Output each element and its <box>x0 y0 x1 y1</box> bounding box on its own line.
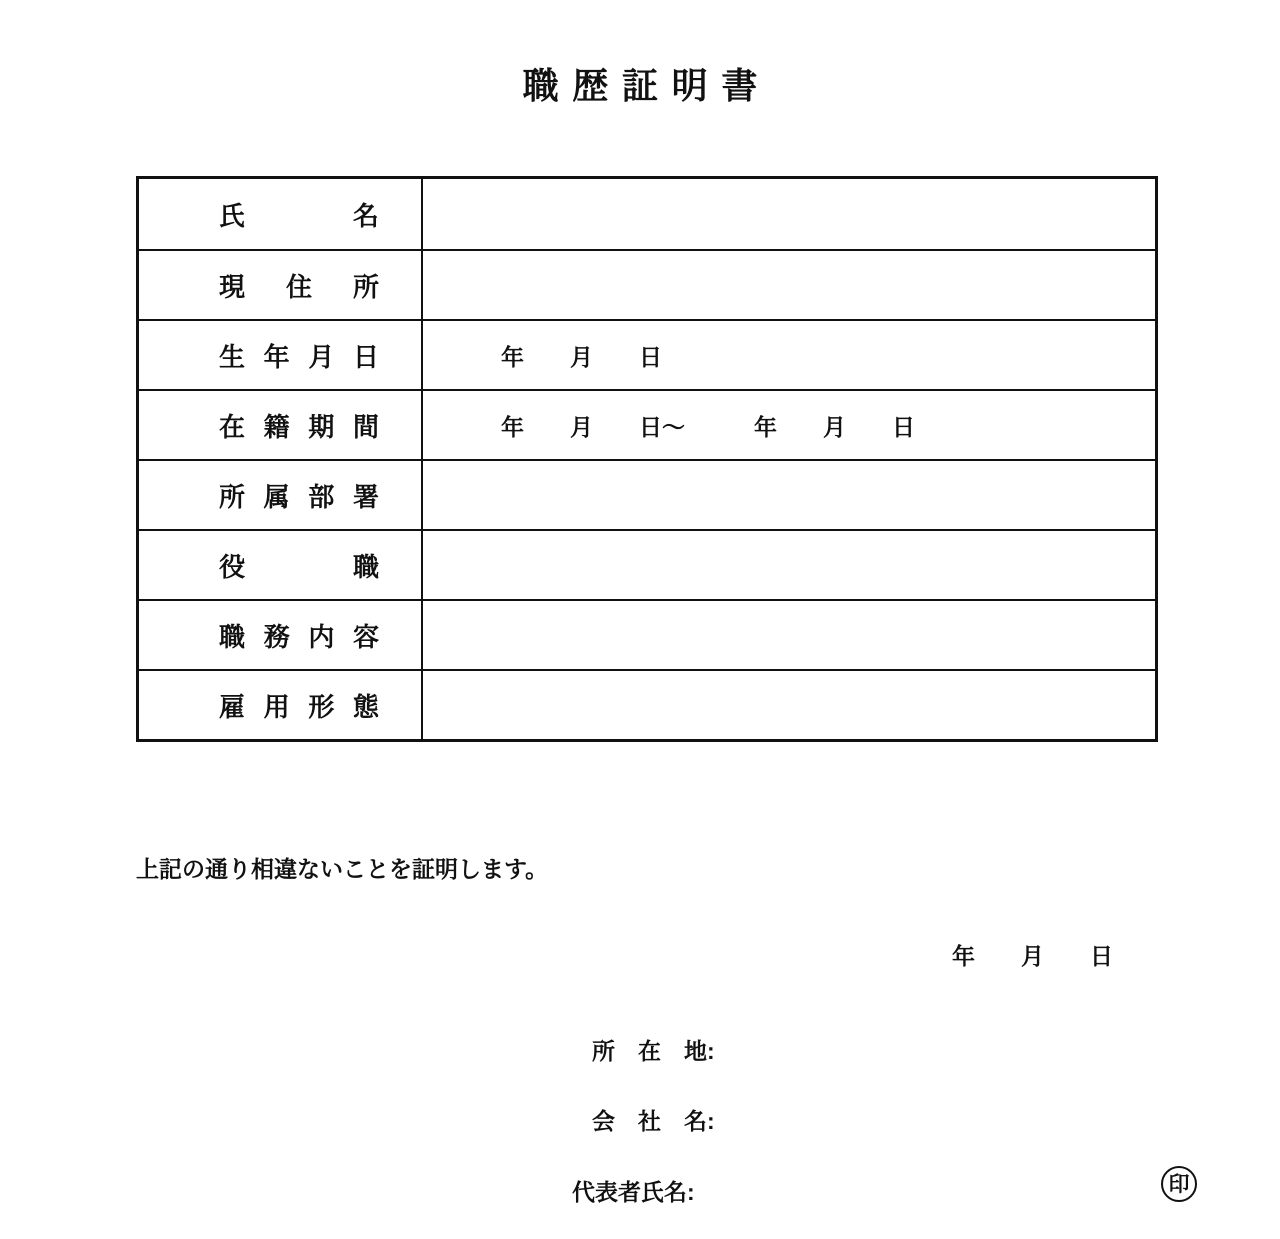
row-label-cell: 職務内容 <box>139 601 423 669</box>
certification-statement: 上記の通り相違ないことを証明します。 <box>136 851 548 884</box>
issue-date-line: 年 月 日 <box>952 938 1113 971</box>
row-label: 現住所 <box>219 267 379 304</box>
document-page: 職歴証明書 氏名 現住所 生年月日 年 月 日 在籍期間 年 月 日～ 年 月 … <box>0 0 1280 1239</box>
row-label: 雇用形態 <box>219 687 379 724</box>
table-row-address: 現住所 <box>139 249 1155 319</box>
table-row-position: 役職 <box>139 529 1155 599</box>
row-label-cell: 役職 <box>139 531 423 599</box>
table-row-employment-period: 在籍期間 年 月 日～ 年 月 日 <box>139 389 1155 459</box>
row-label: 所属部署 <box>219 477 379 514</box>
row-label-cell: 現住所 <box>139 251 423 319</box>
row-value-cell <box>423 531 1155 599</box>
row-label: 氏名 <box>219 196 379 233</box>
row-label: 在籍期間 <box>219 407 379 444</box>
row-label-cell: 氏名 <box>139 179 423 249</box>
table-row-name: 氏名 <box>139 179 1155 249</box>
row-value-cell: 年 月 日～ 年 月 日 <box>423 391 1155 459</box>
document-title: 職歴証明書 <box>0 58 1280 109</box>
row-value-cell <box>423 461 1155 529</box>
row-label-cell: 所属部署 <box>139 461 423 529</box>
seal-character: 印 <box>1169 1174 1190 1195</box>
issuer-location-label: 所 在 地: <box>592 1033 715 1066</box>
seal-icon: 印 <box>1161 1166 1197 1202</box>
row-value-cell: 年 月 日 <box>423 321 1155 389</box>
issuer-representative-label: 代表者氏名: <box>572 1174 695 1207</box>
table-row-employment-type: 雇用形態 <box>139 669 1155 739</box>
certificate-table: 氏名 現住所 生年月日 年 月 日 在籍期間 年 月 日～ 年 月 日 所属部署… <box>136 176 1158 742</box>
row-label-cell: 雇用形態 <box>139 671 423 739</box>
row-label: 役職 <box>219 547 379 584</box>
issuer-company-label: 会 社 名: <box>592 1103 715 1136</box>
row-value-cell <box>423 601 1155 669</box>
row-value-cell <box>423 671 1155 739</box>
row-label: 生年月日 <box>219 337 379 374</box>
row-value-cell <box>423 179 1155 249</box>
table-row-department: 所属部署 <box>139 459 1155 529</box>
row-value-cell <box>423 251 1155 319</box>
table-row-job-description: 職務内容 <box>139 599 1155 669</box>
row-label: 職務内容 <box>219 617 379 654</box>
table-row-birthdate: 生年月日 年 月 日 <box>139 319 1155 389</box>
row-label-cell: 在籍期間 <box>139 391 423 459</box>
row-label-cell: 生年月日 <box>139 321 423 389</box>
